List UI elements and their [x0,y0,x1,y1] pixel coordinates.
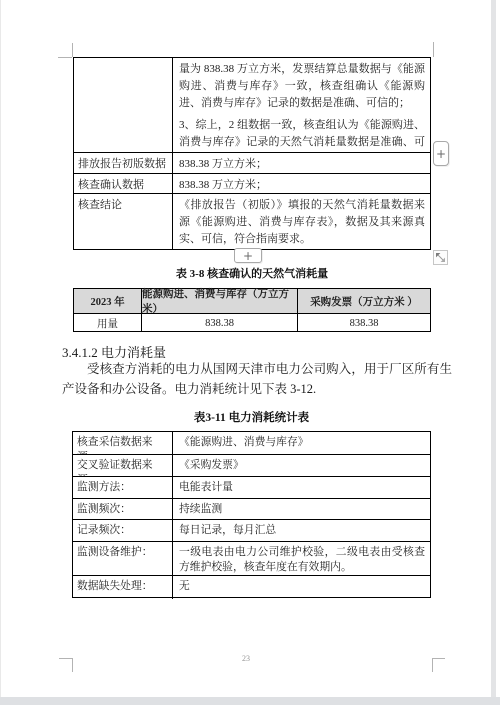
gas-verification-table: 量为 838.38 万立方米，发票结算总量数据与《能源购进、消费与库存》一致，核… [73,57,431,250]
table-row: 核查采信数据来源： 《能源购进、消费与库存》 [73,432,430,454]
table-row: 核查结论 《排放报告（初版）》填报的天然气消耗量数据来源《能源购进、消费与库存表… [74,193,430,249]
table-cell-label: 核查结论 [74,194,173,249]
table-row: 交叉验证数据来源： 《采购发票》 [73,454,430,476]
table-cell: 838.38 [298,314,430,332]
cell-paragraph: 量为 838.38 万立方米，发票结算总量数据与《能源购进、消费与库存》一致，核… [179,61,425,112]
crop-mark-top-right-v [433,42,434,57]
crop-mark-top-left-h [58,57,72,58]
table-cell-value: 838.38 万立方米； [173,153,430,173]
table-row: 记录频次： 每日记录，每月汇总 [73,519,430,541]
table-row: 核查确认数据 838.38 万立方米； [74,173,430,193]
nwse-resize-icon [434,251,447,264]
cell-paragraph: 3、综上，2 组数据一致，核查组认为《能源购进、消费与库存》记录的天然气消耗量数… [179,117,425,152]
table-row: 数据缺失处理： 无 [73,575,430,599]
gas-summary-table: 2023 年 能源购进、消费与库存（万立方米） 采购发票（万立方米 ） 用量 8… [73,288,431,332]
table-cell-value: 一级电表由电力公司维护校验，二级电表由受核查方维护校验，核查年度在有效期内。 [173,542,430,575]
table-row: 监测频次： 持续监测 [73,498,430,519]
header-cell: 能源购进、消费与库存（万立方米） [142,289,298,313]
table-cell-value: 《能源购进、消费与库存》 [173,432,430,454]
table-row: 监测方法： 电能表计量 [73,476,430,498]
table-resize-handle[interactable] [433,250,448,265]
table-cell-value: 838.38 万立方米； [173,174,430,193]
header-cell: 2023 年 [74,289,142,313]
table-cell: 838.38 [142,314,298,332]
table-cell-label: 记录频次： [73,520,173,541]
gas-summary-table-title: 表 3-8 核查确认的天然气消耗量 [73,265,431,281]
table-cell-label [74,58,173,152]
table-cell-label: 排放报告初版数据 [74,153,173,173]
page-edge-bottom [0,697,500,705]
table-cell-value: 持续监测 [173,499,430,519]
page-edge-left [0,0,1,705]
table-cell-label: 监测频次： [73,499,173,519]
table-header-row: 2023 年 能源购进、消费与库存（万立方米） 采购发票（万立方米 ） [74,289,430,313]
table-row: 用量 838.38 838.38 [74,313,430,332]
table-cell-label: 核查采信数据来源： [73,432,173,454]
table-cell-label: 交叉验证数据来源： [73,455,173,476]
header-cell: 采购发票（万立方米 ） [298,289,430,313]
table-row: 监测设备维护： 一级电表由电力公司维护校验，二级电表由受核查方维护校验，核查年度… [73,541,430,575]
table-cell-value: 无 [173,576,430,599]
page-number: 23 [0,654,492,663]
table-cell-label: 核查确认数据 [74,174,173,193]
table-cell-label: 监测方法： [73,477,173,498]
crop-mark-top-left-v [72,43,73,57]
page-edge-right [491,0,496,705]
table-row: 量为 838.38 万立方米，发票结算总量数据与《能源购进、消费与库存》一致，核… [74,58,430,152]
body-paragraph: 受核查方消耗的电力从国网天津市电力公司购入，用于厂区所有生产设备和办公设备。电力… [62,359,452,399]
insert-column-button[interactable]: + [433,141,449,166]
table-cell-value: 每日记录，每月汇总 [173,520,430,541]
electricity-table-title: 表3-11 电力消耗统计表 [72,409,431,425]
electricity-table: 核查采信数据来源： 《能源购进、消费与库存》 交叉验证数据来源： 《采购发票》 … [72,431,431,598]
table-cell-value: 电能表计量 [173,477,430,498]
plus-icon: + [243,249,253,263]
table-cell-value: 《排放报告（初版）》填报的天然气消耗量数据来源《能源购进、消费与库存表》，数据及… [173,194,430,249]
table-cell: 用量 [74,314,142,332]
table-cell-label: 监测设备维护： [73,542,173,575]
document-page: 量为 838.38 万立方米，发票结算总量数据与《能源购进、消费与库存》一致，核… [0,0,500,705]
table-row: 排放报告初版数据 838.38 万立方米； [74,152,430,173]
insert-row-button[interactable]: + [234,248,262,263]
table-cell-label: 数据缺失处理： [73,576,173,599]
table-cell-value: 量为 838.38 万立方米，发票结算总量数据与《能源购进、消费与库存》一致，核… [173,58,430,152]
plus-icon: + [436,147,446,161]
table-cell-value: 《采购发票》 [173,455,430,476]
